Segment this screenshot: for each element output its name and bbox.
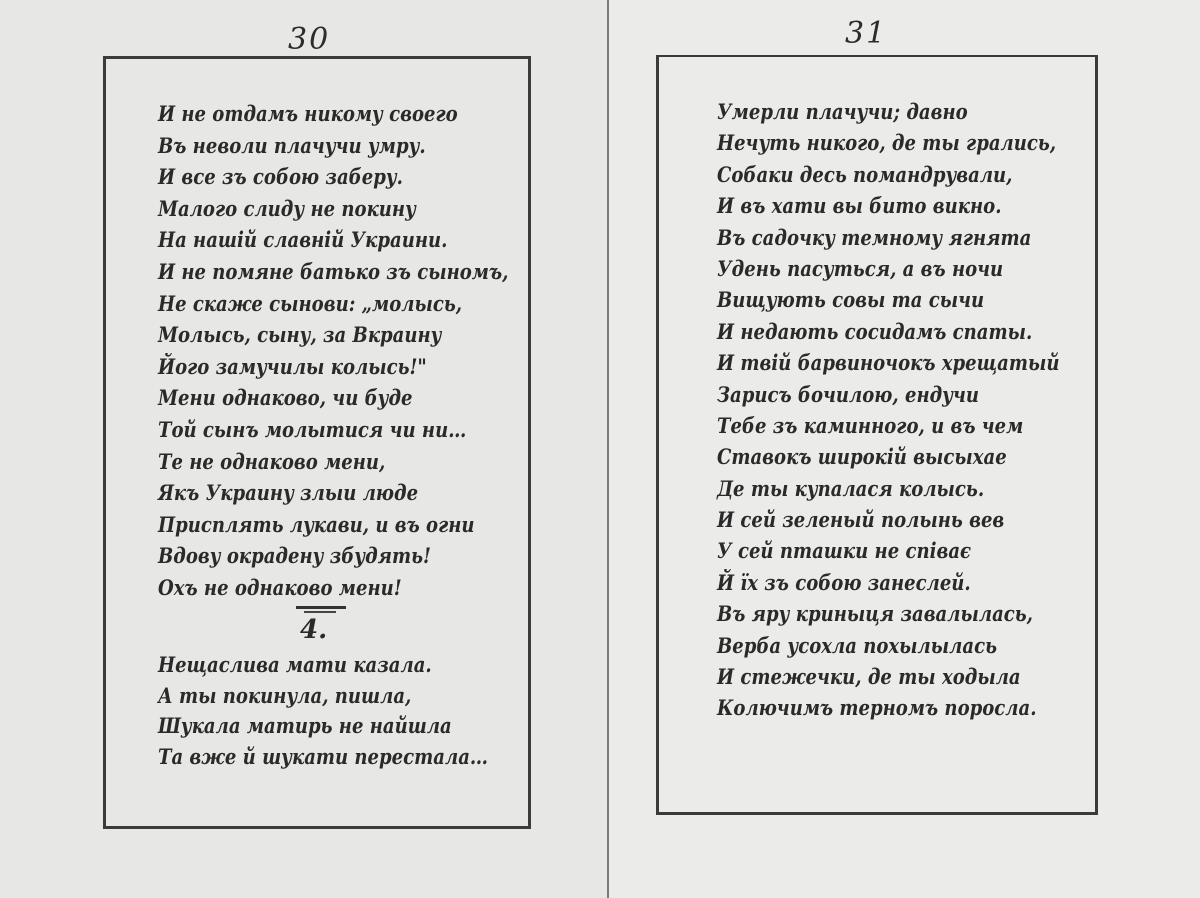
verse-line: И все зъ собою заберу. xyxy=(158,161,508,193)
verse-line: Те не однаково мени, xyxy=(158,446,508,478)
verse-line: И твій барвиночокъ хрещатый xyxy=(717,347,1059,378)
section-number: 4. xyxy=(300,615,327,645)
verse-line: И не отдамъ никому своего xyxy=(158,98,508,130)
verse-line: Вищують совы та сычи xyxy=(717,284,1059,315)
book-spine xyxy=(607,0,609,898)
verse-line: Охъ не однаково мени! xyxy=(158,572,508,604)
verse-line: Нещаслива мати казала. xyxy=(158,650,488,681)
verse-line: На нашій славній Украини. xyxy=(158,224,508,256)
left-page-section-verse: Нещаслива мати казала. А ты покинула, пи… xyxy=(158,650,542,772)
verse-line: Въ неволи плачучи умру. xyxy=(158,130,508,162)
page-number-right: 31 xyxy=(845,16,887,51)
verse-line: Удень пасуться, а въ ночи xyxy=(717,253,1059,284)
verse-line: И сей зеленый полынь вев xyxy=(717,504,1059,535)
verse-line: Мени однаково, чи буде xyxy=(158,382,508,414)
verse-line: И стежечки, де ты ходыла xyxy=(717,661,1059,692)
verse-line: И недають сосидамъ спаты. xyxy=(717,316,1059,347)
verse-line: А ты покинула, пишла, xyxy=(158,681,488,712)
verse-line: Де ты купалася колысь. xyxy=(717,473,1059,504)
page-number-left: 30 xyxy=(288,22,330,57)
book-spread: 30 31 И не отдамъ никому своего Въ невол… xyxy=(0,0,1200,898)
verse-line: Верба усохла похылылась xyxy=(717,630,1059,661)
verse-line: Колючимъ терномъ поросла. xyxy=(717,692,1059,723)
verse-line: Въ садочку темному ягнята xyxy=(717,222,1059,253)
verse-line: Зарисъ бочилою, ендучи xyxy=(717,379,1059,410)
verse-line: Та вже й шукати перестала… xyxy=(158,742,488,773)
verse-line: Собаки десь помандрували, xyxy=(717,159,1059,190)
verse-line: Тебе зъ каминного, и въ чем xyxy=(717,410,1059,441)
verse-line: Ставокъ широкій высыхае xyxy=(717,441,1059,472)
verse-line: Нечуть никого, де ты грались, xyxy=(717,127,1059,158)
verse-line: И въ хати вы бито викно. xyxy=(717,190,1059,221)
left-page-verse: И не отдамъ никому своего Въ неволи плач… xyxy=(158,98,565,604)
verse-line: Молысь, сыну, за Вкраину xyxy=(158,319,508,351)
verse-line: У сей пташки не співає xyxy=(717,535,1059,566)
verse-line: Його замучилы колысь!" xyxy=(158,351,508,383)
verse-line: Присплять лукави, и въ огни xyxy=(158,509,508,541)
verse-line: Не скаже сынови: „молысь, xyxy=(158,288,508,320)
verse-line: И не помяне батько зъ сыномъ, xyxy=(158,256,508,288)
verse-line: Вдову окрадену збудять! xyxy=(158,540,508,572)
verse-line: Й їх зъ собою занеслей. xyxy=(717,567,1059,598)
verse-line: Якъ Украину злыи люде xyxy=(158,477,508,509)
section-divider-rule xyxy=(296,606,346,609)
verse-line: Малого слиду не покину xyxy=(158,193,508,225)
right-page-verse: Умерли плачучи; давно Нечуть никого, де … xyxy=(717,96,1115,724)
verse-line: Шукала матирь не найшла xyxy=(158,711,488,742)
verse-line: Той сынъ молытися чи ни… xyxy=(158,414,508,446)
verse-line: Въ яру криныця завалылась, xyxy=(717,598,1059,629)
verse-line: Умерли плачучи; давно xyxy=(717,96,1059,127)
